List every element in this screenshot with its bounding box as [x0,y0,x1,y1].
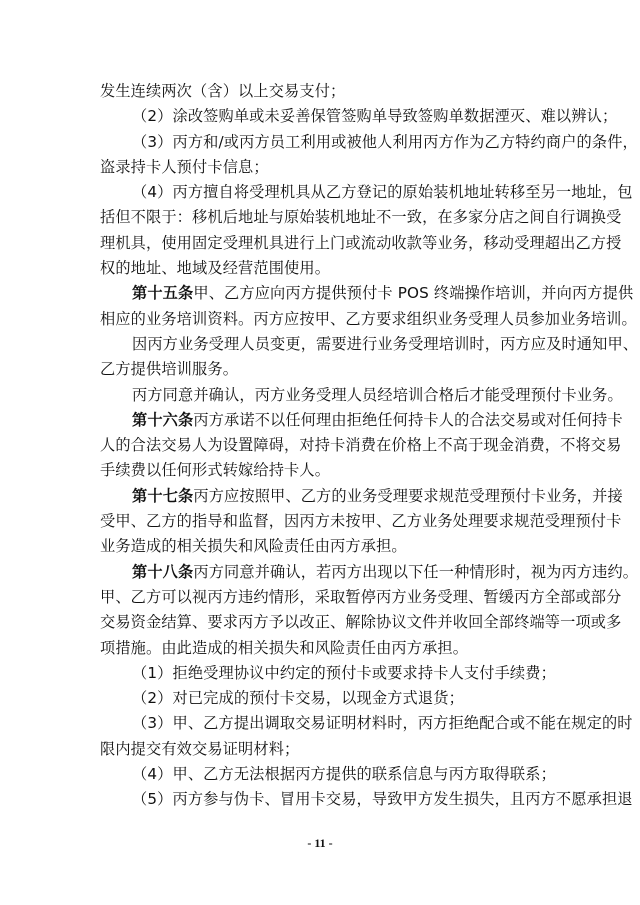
text-line: 理机具，使用固定受理机具进行上门或流动收款等业务，移动受理超出乙方授 [100,231,542,256]
line-text: （2）对已完成的预付卡交易，以现金方式退货； [132,689,464,707]
line-text: 丙方同意并确认，丙方业务受理人员经培训合格后才能受理预付卡业务。 [132,386,623,404]
text-line: 发生连续两次（含）以上交易支付； [100,79,542,104]
line-text: （4）丙方擅自将受理机具从乙方登记的原始装机地址转移至另一地址，包 [132,183,633,201]
text-line: 受甲、乙方的指导和监督，因丙方未按甲、乙方业务处理要求规范受理预付卡 [100,509,542,534]
text-line: 甲、乙方可以视丙方违约情形，采取暂停丙方业务受理、暂缓丙方全部或部分 [100,585,542,610]
line-text: （2）涂改签购单或未妥善保管签购单导致签购单数据湮灭、难以辨认； [132,107,617,125]
text-line: （1）拒绝受理协议中约定的预付卡或要求持卡人支付手续费； [100,661,542,686]
line-text: （3）甲、乙方提出调取交易证明材料时，丙方拒绝配合或不能在规定的时 [132,714,633,732]
line-text: 项措施。由此造成的相关损失和风险责任由丙方承担。 [100,639,468,657]
document-page: 发生连续两次（含）以上交易支付； （2）涂改签购单或未妥善保管签购单导致签购单数… [0,0,640,905]
text-line: （3）甲、乙方提出调取交易证明材料时，丙方拒绝配合或不能在规定的时 [100,711,542,736]
line-text: 盗录持卡人预付卡信息； [100,158,269,176]
text-line: 手续费以任何形式转嫁给持卡人。 [100,458,542,483]
article-16-line: 第十六条丙方承诺不以任何理由拒绝任何持卡人的合法交易或对任何持卡 [100,408,542,433]
text-line: （2）对已完成的预付卡交易，以现金方式退货； [100,686,542,711]
text-line: 项措施。由此造成的相关损失和风险责任由丙方承担。 [100,636,542,661]
line-text: 甲、乙方可以视丙方违约情形，采取暂停丙方业务受理、暂缓丙方全部或部分 [100,588,621,606]
text-line: （3）丙方和/或丙方员工利用或被他人利用丙方作为乙方特约商户的条件， [100,130,542,155]
line-text: 发生连续两次（含）以上交易支付； [100,82,345,100]
text-line: （4）丙方擅自将受理机具从乙方登记的原始装机地址转移至另一地址，包 [100,180,542,205]
text-line: 乙方提供培训服务。 [100,357,542,382]
text-line: 交易资金结算、要求丙方予以改正、解除协议文件并收回全部终端等一项或多 [100,610,542,635]
text-line: 因丙方业务受理人员变更，需要进行业务受理培训时，丙方应及时通知甲、 [100,332,542,357]
line-text: 甲、乙方应向丙方提供预付卡 POS 终端操作培训，并向丙方提供 [193,284,633,302]
text-line: 丙方同意并确认，丙方业务受理人员经培训合格后才能受理预付卡业务。 [100,383,542,408]
line-text: 括但不限于：移机后地址与原始装机地址不一致，在多家分店之间自行调换受 [100,208,621,226]
line-text: 乙方提供培训服务。 [100,360,238,378]
line-text: 丙方同意并确认，若丙方出现以下任一种情形时，视为丙方违约。 [193,563,638,581]
text-line: （4）甲、乙方无法根据丙方提供的联系信息与丙方取得联系； [100,762,542,787]
line-text: 交易资金结算、要求丙方予以改正、解除协议文件并收回全部终端等一项或多 [100,613,621,631]
text-line: 权的地址、地域及经营范围使用。 [100,256,542,281]
article-heading: 第十八条 [132,563,193,581]
line-text: 丙方应按照甲、乙方的业务受理要求规范受理预付卡业务，并接 [193,487,622,505]
text-line: 限内提交有效交易证明材料； [100,737,542,762]
article-heading: 第十五条 [132,284,193,302]
article-18-line: 第十八条丙方同意并确认，若丙方出现以下任一种情形时，视为丙方违约。 [100,560,542,585]
line-text: （1）拒绝受理协议中约定的预付卡或要求持卡人支付手续费； [132,664,556,682]
line-text: 手续费以任何形式转嫁给持卡人。 [100,461,330,479]
text-line: （5）丙方参与伪卡、冒用卡交易，导致甲方发生损失，且丙方不愿承担退 [100,787,542,812]
article-heading: 第十六条 [132,411,193,429]
article-15-line: 第十五条甲、乙方应向丙方提供预付卡 POS 终端操作培训，并向丙方提供 [100,281,542,306]
page-number: - 11 - [0,836,640,851]
article-heading: 第十七条 [132,487,193,505]
line-text: 因丙方业务受理人员变更，需要进行业务受理培训时，丙方应及时通知甲、 [132,335,638,353]
line-text: （4）甲、乙方无法根据丙方提供的联系信息与丙方取得联系； [132,765,556,783]
line-text: 业务造成的相关损失和风险责任由丙方承担。 [100,537,407,555]
text-line: （2）涂改签购单或未妥善保管签购单导致签购单数据湮灭、难以辨认； [100,104,542,129]
line-text: 人的合法交易人为设置障碍，对持卡消费在价格上不高于现金消费，不将交易 [100,436,621,454]
text-line: 盗录持卡人预付卡信息； [100,155,542,180]
line-text: 限内提交有效交易证明材料； [100,740,299,758]
text-line: 相应的业务培训资料。丙方应按甲、乙方要求组织业务受理人员参加业务培训。 [100,307,542,332]
line-text: 受甲、乙方的指导和监督，因丙方未按甲、乙方业务处理要求规范受理预付卡 [100,512,621,530]
text-line: 人的合法交易人为设置障碍，对持卡消费在价格上不高于现金消费，不将交易 [100,433,542,458]
line-text: 相应的业务培训资料。丙方应按甲、乙方要求组织业务受理人员参加业务培训。 [100,310,637,328]
text-line: 业务造成的相关损失和风险责任由丙方承担。 [100,534,542,559]
line-text: 理机具，使用固定受理机具进行上门或流动收款等业务，移动受理超出乙方授 [100,234,621,252]
line-text: 丙方承诺不以任何理由拒绝任何持卡人的合法交易或对任何持卡 [193,411,622,429]
line-text: 权的地址、地域及经营范围使用。 [100,259,330,277]
text-line: 括但不限于：移机后地址与原始装机地址不一致，在多家分店之间自行调换受 [100,205,542,230]
line-text: （5）丙方参与伪卡、冒用卡交易，导致甲方发生损失，且丙方不愿承担退 [132,790,633,808]
line-text: （3）丙方和/或丙方员工利用或被他人利用丙方作为乙方特约商户的条件， [132,133,638,151]
document-body: 发生连续两次（含）以上交易支付； （2）涂改签购单或未妥善保管签购单导致签购单数… [100,79,542,813]
article-17-line: 第十七条丙方应按照甲、乙方的业务受理要求规范受理预付卡业务，并接 [100,484,542,509]
